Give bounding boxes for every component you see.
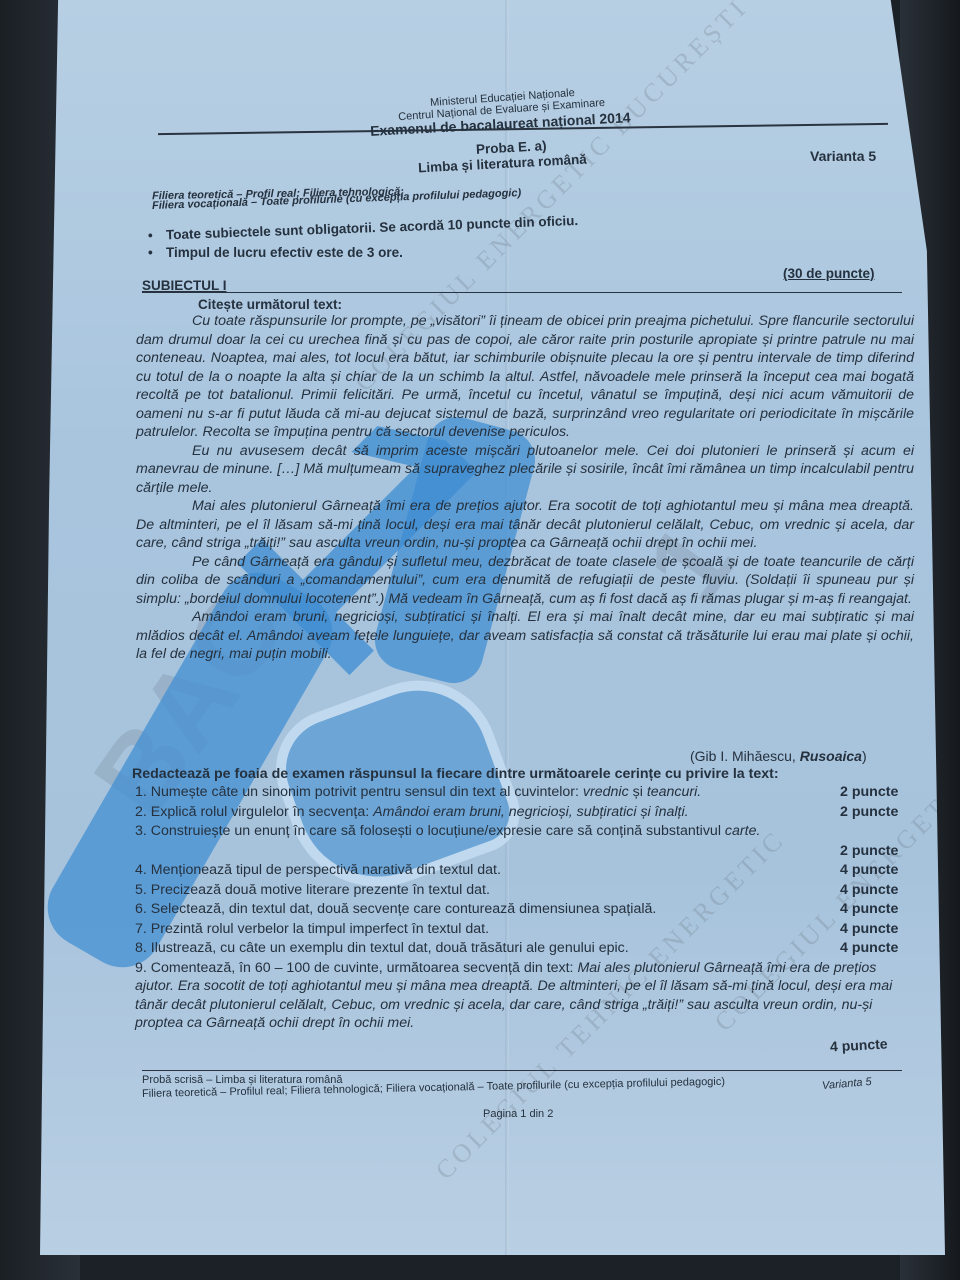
section-points: (30 de puncte) [783, 266, 875, 281]
section-divider [142, 292, 902, 293]
passage-paragraph: Amândoi eram bruni, negricioși, subțirat… [136, 608, 914, 664]
footer-divider [142, 1070, 902, 1071]
passage-paragraph: Mai ales plutonierul Gârneață îmi era de… [136, 497, 914, 553]
section-title: SUBIECTUL I [142, 278, 227, 293]
page-number: Pagina 1 din 2 [483, 1108, 553, 1120]
task-item-2: 2. Explică rolul virgulelor în secvența:… [135, 803, 925, 823]
task-9-points: 4 puncte [830, 1036, 888, 1055]
task-item-8: 8. Ilustrează, cu câte un exemplu din te… [135, 939, 925, 959]
task-points: 2 puncte [840, 783, 898, 803]
bullet-icon: • [148, 227, 167, 243]
passage-paragraph: Pe când Gârneață era gândul și sufletul … [136, 553, 914, 609]
task-item-9: 9. Comentează, în 60 – 100 de cuvinte, u… [135, 959, 905, 1033]
read-instruction: Citește următorul text: [198, 297, 342, 312]
document-content: Ministerul Educației Naționale Centrul N… [40, 0, 945, 1255]
task-item-6: 6. Selectează, din textul dat, două secv… [135, 900, 925, 920]
tasks-instruction: Redactează pe foaia de examen răspunsul … [132, 766, 779, 782]
task-points: 4 puncte [840, 939, 898, 959]
task-item-1: 1. Numește câte un sinonim potrivit pent… [135, 783, 925, 803]
task-item-4: 4. Menționează tipul de perspectivă nara… [135, 861, 925, 881]
footer-variant: Varianta 5 [822, 1076, 873, 1092]
task-points: 4 puncte [840, 900, 898, 920]
work-title: Rusoaica [800, 748, 862, 764]
task-points: 2 puncte [840, 803, 898, 823]
task-points: 4 puncte [840, 861, 898, 881]
general-rules: •Toate subiectele sunt obligatorii. Se a… [148, 228, 578, 262]
bullet-icon: • [148, 245, 166, 260]
task-item-7: 7. Prezintă rolul verbelor la timpul imp… [135, 920, 925, 940]
passage-paragraph: Cu toate răspunsurile lor prompte, pe „v… [136, 312, 914, 442]
task-item-3-points-row: 2 puncte [135, 842, 925, 862]
task-points: 2 puncte [840, 842, 898, 862]
passage-paragraph: Eu nu avusesem decât să imprim aceste mi… [136, 442, 914, 498]
literary-passage: Cu toate răspunsurile lor prompte, pe „v… [136, 312, 914, 664]
exam-subject: Limba și literatura română [418, 152, 587, 176]
passage-citation: (Gib I. Mihăescu, Rusoaica) [690, 748, 867, 764]
rule-item: •Toate subiectele sunt obligatorii. Se a… [148, 213, 579, 243]
task-points: 4 puncte [840, 920, 898, 940]
task-points: 4 puncte [840, 881, 898, 901]
task-list: 1. Numește câte un sinonim potrivit pent… [135, 783, 925, 1033]
variant-label: Varianta 5 [810, 148, 876, 164]
rule-item: •Timpul de lucru efectiv este de 3 ore. [148, 245, 578, 260]
task-item-3: 3. Construiește un enunț în care să folo… [135, 822, 925, 842]
task-item-5: 5. Precizează două motive literare preze… [135, 881, 925, 901]
exam-sheet: BAC 1 COLEGIUL ENERGETIC BUCUREȘTI COLEG… [40, 0, 945, 1255]
